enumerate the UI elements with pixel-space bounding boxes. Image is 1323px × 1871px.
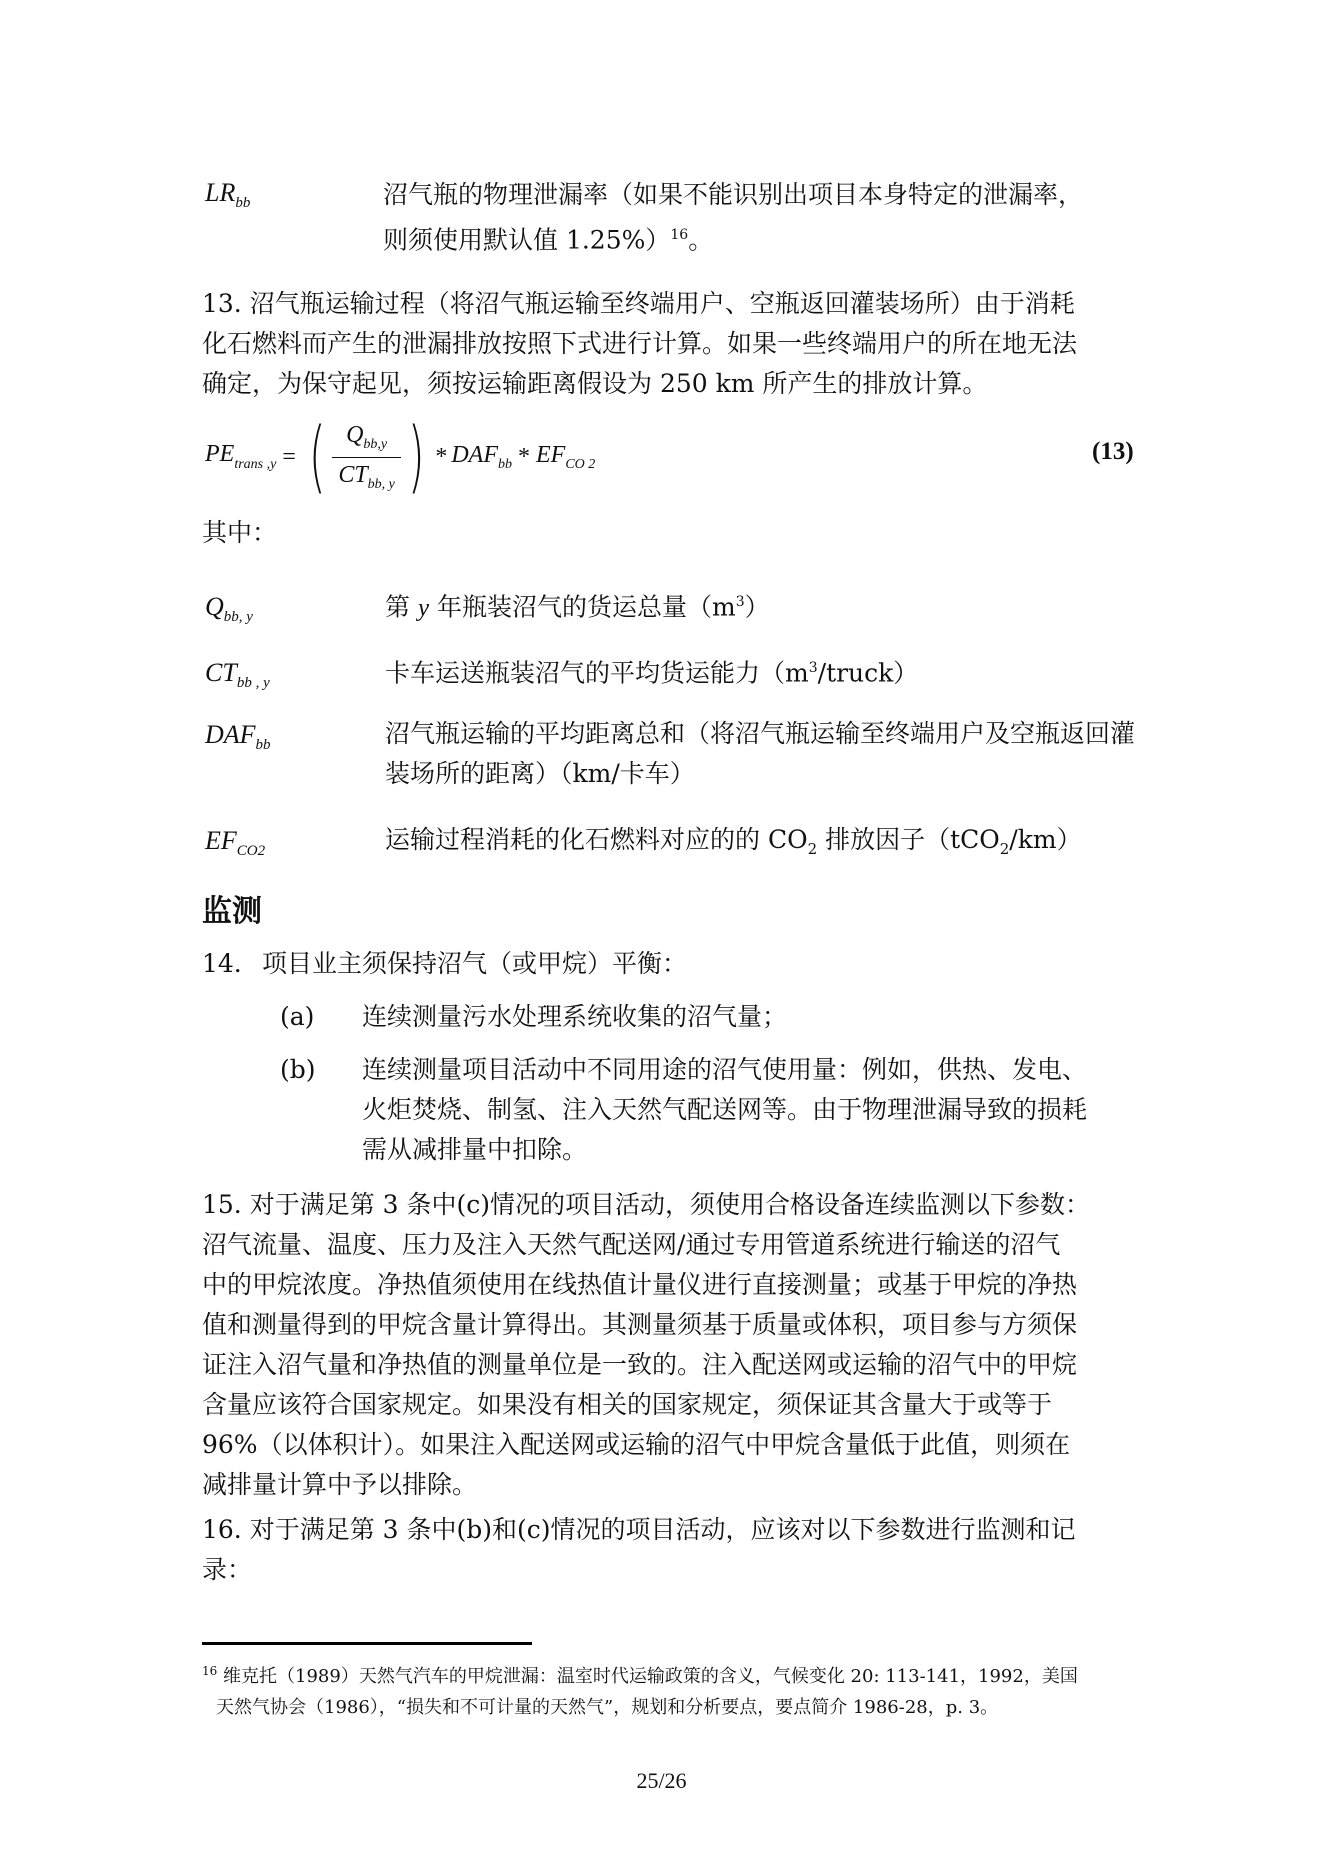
footnote-marker: 16 xyxy=(202,1664,217,1678)
definition-tail: 。 xyxy=(688,225,713,254)
left-paren-icon: ( xyxy=(309,418,326,496)
right-paren-icon: ) xyxy=(408,418,425,496)
symbol-lr-bb: LRbb xyxy=(205,178,250,212)
paragraph-line: 沼气流量、温度、压力及注入天然气配送网/通过专用管道系统进行输送的沼气 xyxy=(202,1225,1162,1265)
definition-ef-co2: 运输过程消耗的化石燃料对应的的 CO2 排放因子（tCO2/km） xyxy=(385,820,1082,869)
list-text: 连续测量项目活动中不同用途的沼气使用量：例如，供热、发电、 xyxy=(362,1055,1087,1084)
paragraph-line: 13. 沼气瓶运输过程（将沼气瓶运输至终端用户、空瓶返回灌装场所）由于消耗 xyxy=(202,284,1162,324)
definition-q-bb-y: 第 y 年瓶装沼气的货运总量（m3） xyxy=(385,582,770,628)
paragraph-number: 14. xyxy=(202,944,262,984)
footnote-text: 天然气协会（1986），“损失和不可计量的天然气”，规划和分析要点，要点简介 1… xyxy=(202,1692,1162,1723)
paragraph-line: 96%（以体积计）。如果注入配送网或运输的沼气中甲烷含量低于此值，则须在 xyxy=(202,1425,1162,1465)
footnote-divider xyxy=(202,1642,532,1645)
definition-daf-bb: 沼气瓶运输的平均距离总和（将沼气瓶运输至终端用户及空瓶返回灌 装场所的距离）（k… xyxy=(385,714,1195,794)
section-heading: 监测 xyxy=(202,886,262,930)
list-label: (b) xyxy=(280,1050,362,1090)
eq-term-daf: DAFbb xyxy=(451,442,512,473)
eq-term-ef: EFCO 2 xyxy=(536,442,595,473)
definition-ct-bb-y: 卡车运送瓶装沼气的平均货运能力（m3/truck） xyxy=(385,648,918,693)
definition-line: 沼气瓶的物理泄漏率（如果不能识别出项目本身特定的泄漏率， xyxy=(383,175,1143,215)
list-item-b: (b)连续测量项目活动中不同用途的沼气使用量：例如，供热、发电、 火炬焚烧、制氢… xyxy=(280,1050,1087,1170)
symbol-sub: bb xyxy=(235,195,250,211)
list-label: (a) xyxy=(280,997,362,1037)
paragraph-line: 证注入沼气量和净热值的测量单位是一致的。注入配送网或运输的沼气中的甲烷 xyxy=(202,1345,1162,1385)
list-text: 需从减排量中扣除。 xyxy=(280,1130,1087,1170)
paragraph-line: 录： xyxy=(202,1550,1162,1590)
where-label: 其中： xyxy=(202,513,277,553)
list-item-a: (a)连续测量污水处理系统收集的沼气量； xyxy=(280,997,787,1037)
paragraph-line: 减排量计算中予以排除。 xyxy=(202,1465,1162,1505)
definition-line: 装场所的距离）（km/卡车） xyxy=(385,754,1195,794)
symbol-main: LR xyxy=(205,178,235,207)
paragraph-line: 含量应该符合国家规定。如果没有相关的国家规定，须保证其含量大于或等于 xyxy=(202,1385,1162,1425)
definition-line: 则须使用默认值 1.25%）16。 xyxy=(383,215,1143,260)
paragraph-line: 15. 对于满足第 3 条中(c)情况的项目活动，须使用合格设备连续监测以下参数… xyxy=(202,1185,1162,1225)
footnote: 16 维克托（1989）天然气汽车的甲烷泄漏：温室时代运输政策的含义，气候变化 … xyxy=(202,1656,1162,1723)
equation-number: (13) xyxy=(1092,438,1134,466)
paragraph-15: 15. 对于满足第 3 条中(c)情况的项目活动，须使用合格设备连续监测以下参数… xyxy=(202,1185,1162,1505)
eq-op: * xyxy=(518,444,530,471)
eq-lhs: PEtrans ,y xyxy=(205,441,276,473)
footnote-ref[interactable]: 16 xyxy=(670,227,688,243)
eq-numerator: Qbb,y xyxy=(332,422,401,458)
symbol-daf-bb: DAFbb xyxy=(205,720,271,754)
symbol-q-bb-y: Qbb, y xyxy=(205,592,253,626)
symbol-ef-co2: EFCO2 xyxy=(205,826,265,860)
footnote-text: 维克托（1989）天然气汽车的甲烷泄漏：温室时代运输政策的含义，气候变化 20:… xyxy=(223,1666,1078,1687)
definition-line: 沼气瓶运输的平均距离总和（将沼气瓶运输至终端用户及空瓶返回灌 xyxy=(385,714,1195,754)
paragraph-text: 项目业主须保持沼气（或甲烷）平衡： xyxy=(262,949,687,978)
definition-lr-bb: 沼气瓶的物理泄漏率（如果不能识别出项目本身特定的泄漏率， 则须使用默认值 1.2… xyxy=(383,175,1143,260)
paragraph-line: 值和测量得到的甲烷含量计算得出。其测量须基于质量或体积，项目参与方须保 xyxy=(202,1305,1162,1345)
eq-op: * xyxy=(435,444,447,471)
symbol-ct-bb-y: CTbb , y xyxy=(205,658,270,692)
paragraph-line: 确定，为保守起见，须按运输距离假设为 250 km 所产生的排放计算。 xyxy=(202,364,1162,404)
eq-fraction: Qbb,y CTbb, y xyxy=(332,422,401,493)
list-text: 连续测量污水处理系统收集的沼气量； xyxy=(362,1002,787,1031)
paragraph-14: 14.项目业主须保持沼气（或甲烷）平衡： xyxy=(202,944,687,984)
eq-equals: = xyxy=(282,444,296,471)
paragraph-line: 16. 对于满足第 3 条中(b)和(c)情况的项目活动，应该对以下参数进行监测… xyxy=(202,1510,1162,1550)
paragraph-line: 中的甲烷浓度。净热值须使用在线热值计量仪进行直接测量；或基于甲烷的净热 xyxy=(202,1265,1162,1305)
paragraph-13: 13. 沼气瓶运输过程（将沼气瓶运输至终端用户、空瓶返回灌装场所）由于消耗 化石… xyxy=(202,284,1162,404)
paragraph-16: 16. 对于满足第 3 条中(b)和(c)情况的项目活动，应该对以下参数进行监测… xyxy=(202,1510,1162,1590)
definition-text: 则须使用默认值 1.25%） xyxy=(383,225,670,254)
eq-denominator: CTbb, y xyxy=(332,458,401,493)
list-text: 火炬焚烧、制氢、注入天然气配送网等。由于物理泄漏导致的损耗 xyxy=(280,1090,1087,1130)
paragraph-line: 化石燃料而产生的泄漏排放按照下式进行计算。如果一些终端用户的所在地无法 xyxy=(202,324,1162,364)
page-number: 25/26 xyxy=(0,1768,1323,1794)
equation-13: PEtrans ,y = ( Qbb,y CTbb, y ) * DAFbb *… xyxy=(205,412,595,502)
